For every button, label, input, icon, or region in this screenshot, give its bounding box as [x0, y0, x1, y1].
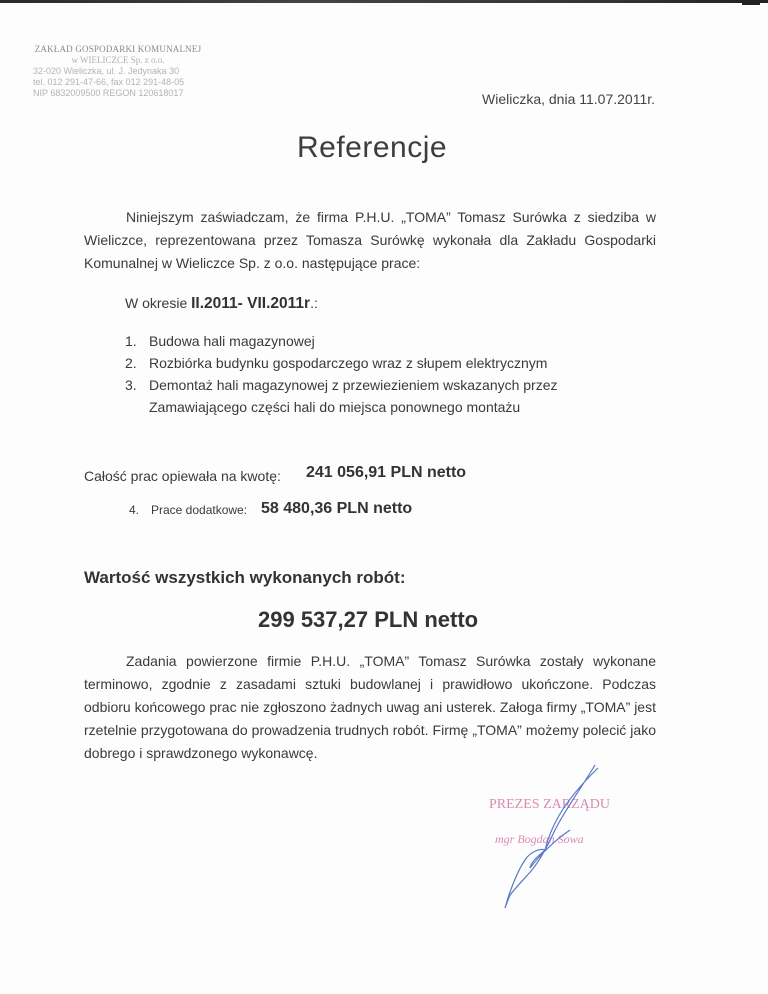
place-date: Wieliczka, dnia 11.07.2011r. [482, 91, 655, 107]
intro-text: Niniejszym zaświadczam, że firma P.H.U. … [84, 209, 656, 271]
stamp-ids: NIP 6832009500 REGON 120618017 [33, 88, 203, 99]
extra-works-value: 58 480,36 PLN netto [261, 500, 412, 518]
extra-works-label: 4.Prace dodatkowe: [129, 503, 247, 517]
stamp-phone: tel. 012 291-47-66, fax 012 291-48-05 [33, 77, 203, 88]
list-item: 3.Demontaż hali magazynowej z przewiezie… [125, 374, 589, 418]
main-amount-value: 241 056,91 PLN netto [306, 464, 466, 482]
closing-text: Zadania powierzone firmie P.H.U. „TOMA” … [84, 653, 656, 761]
document-title: Referencje [297, 131, 447, 165]
main-amount-label: Całość prac opiewała na kwotę: [84, 468, 281, 484]
closing-paragraph: Zadania powierzone firmie P.H.U. „TOMA” … [84, 650, 656, 765]
list-item: 1.Budowa hali magazynowej [125, 330, 589, 352]
intro-paragraph: Niniejszym zaświadczam, że firma P.H.U. … [84, 206, 656, 275]
stamp-address: 32-020 Wieliczka, ul. J. Jedynaka 30 [33, 66, 203, 77]
total-label: Wartość wszystkich wykonanych robót: [84, 568, 406, 588]
scan-border-top [0, 0, 768, 3]
stamp-company-name: ZAKŁAD GOSPODARKI KOMUNALNEJ [33, 44, 203, 55]
handwritten-signature-icon [470, 760, 630, 910]
stamp-company-subname: w WIELICZCE Sp. z o.o. [33, 55, 203, 66]
total-value: 299 537,27 PLN netto [258, 607, 478, 633]
company-stamp: ZAKŁAD GOSPODARKI KOMUNALNEJ w WIELICZCE… [33, 44, 203, 99]
work-period: W okresie II.2011- VII.2011r.: [125, 295, 318, 313]
list-item: 2.Rozbiórka budynku gospodarczego wraz z… [125, 352, 589, 374]
works-list: 1.Budowa hali magazynowej 2.Rozbiórka bu… [125, 330, 589, 418]
period-range: II.2011- VII.2011r [191, 295, 310, 312]
scan-border-corner [742, 0, 760, 5]
